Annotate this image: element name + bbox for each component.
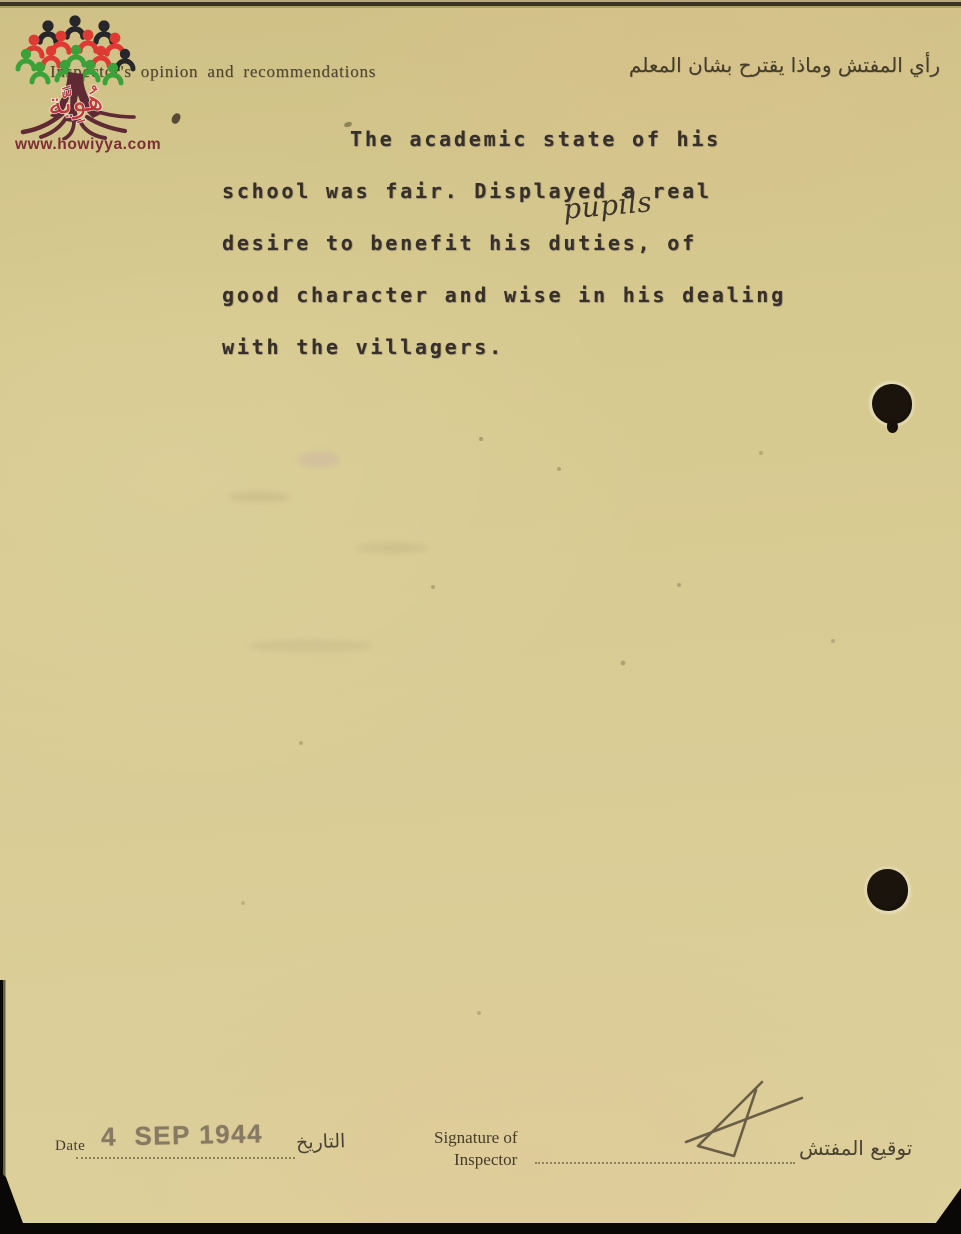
signature-label-line2: Inspector (434, 1149, 518, 1171)
watermark-url: www.howiyya.com (15, 136, 161, 154)
paper-smudge (356, 543, 428, 553)
report-line: school was fair. Displayed a real (222, 165, 862, 217)
date-stamp: 4 SEP 1944 (101, 1118, 264, 1152)
ink-speck (170, 112, 181, 125)
inspector-signature-icon (650, 1068, 820, 1168)
report-line: The academic state of his (222, 113, 862, 165)
signature-label-line1: Signature of (434, 1127, 518, 1149)
scan-edge-bottom (0, 1223, 961, 1234)
hole-punch-top (872, 384, 912, 424)
paper-smudge (298, 452, 340, 467)
page-title-arabic: رأي المفتش وماذا يقترح بشان المعلم (629, 53, 940, 77)
scanned-document-page: Inspector's opinion and recommendations … (0, 0, 961, 1234)
report-line: with the villagers. (222, 321, 862, 373)
paper-smudge (228, 492, 290, 502)
report-line: good character and wise in his dealing (222, 269, 862, 321)
scan-corner-bottom-left (0, 1172, 27, 1234)
signature-label: Signature of Inspector (434, 1127, 518, 1171)
paper-smudge (248, 640, 372, 652)
report-body: The academic state of his school was fai… (222, 113, 862, 373)
tree-people-logo-icon: هُوِيَّة (12, 10, 152, 140)
howiyya-logo: هُوِيَّة (12, 10, 152, 140)
hole-punch-bottom (867, 869, 908, 911)
scan-edge-top (0, 0, 961, 8)
report-line: desire to benefit his duties, of (222, 217, 862, 269)
date-label-arabic: التاريخ (296, 1130, 346, 1154)
